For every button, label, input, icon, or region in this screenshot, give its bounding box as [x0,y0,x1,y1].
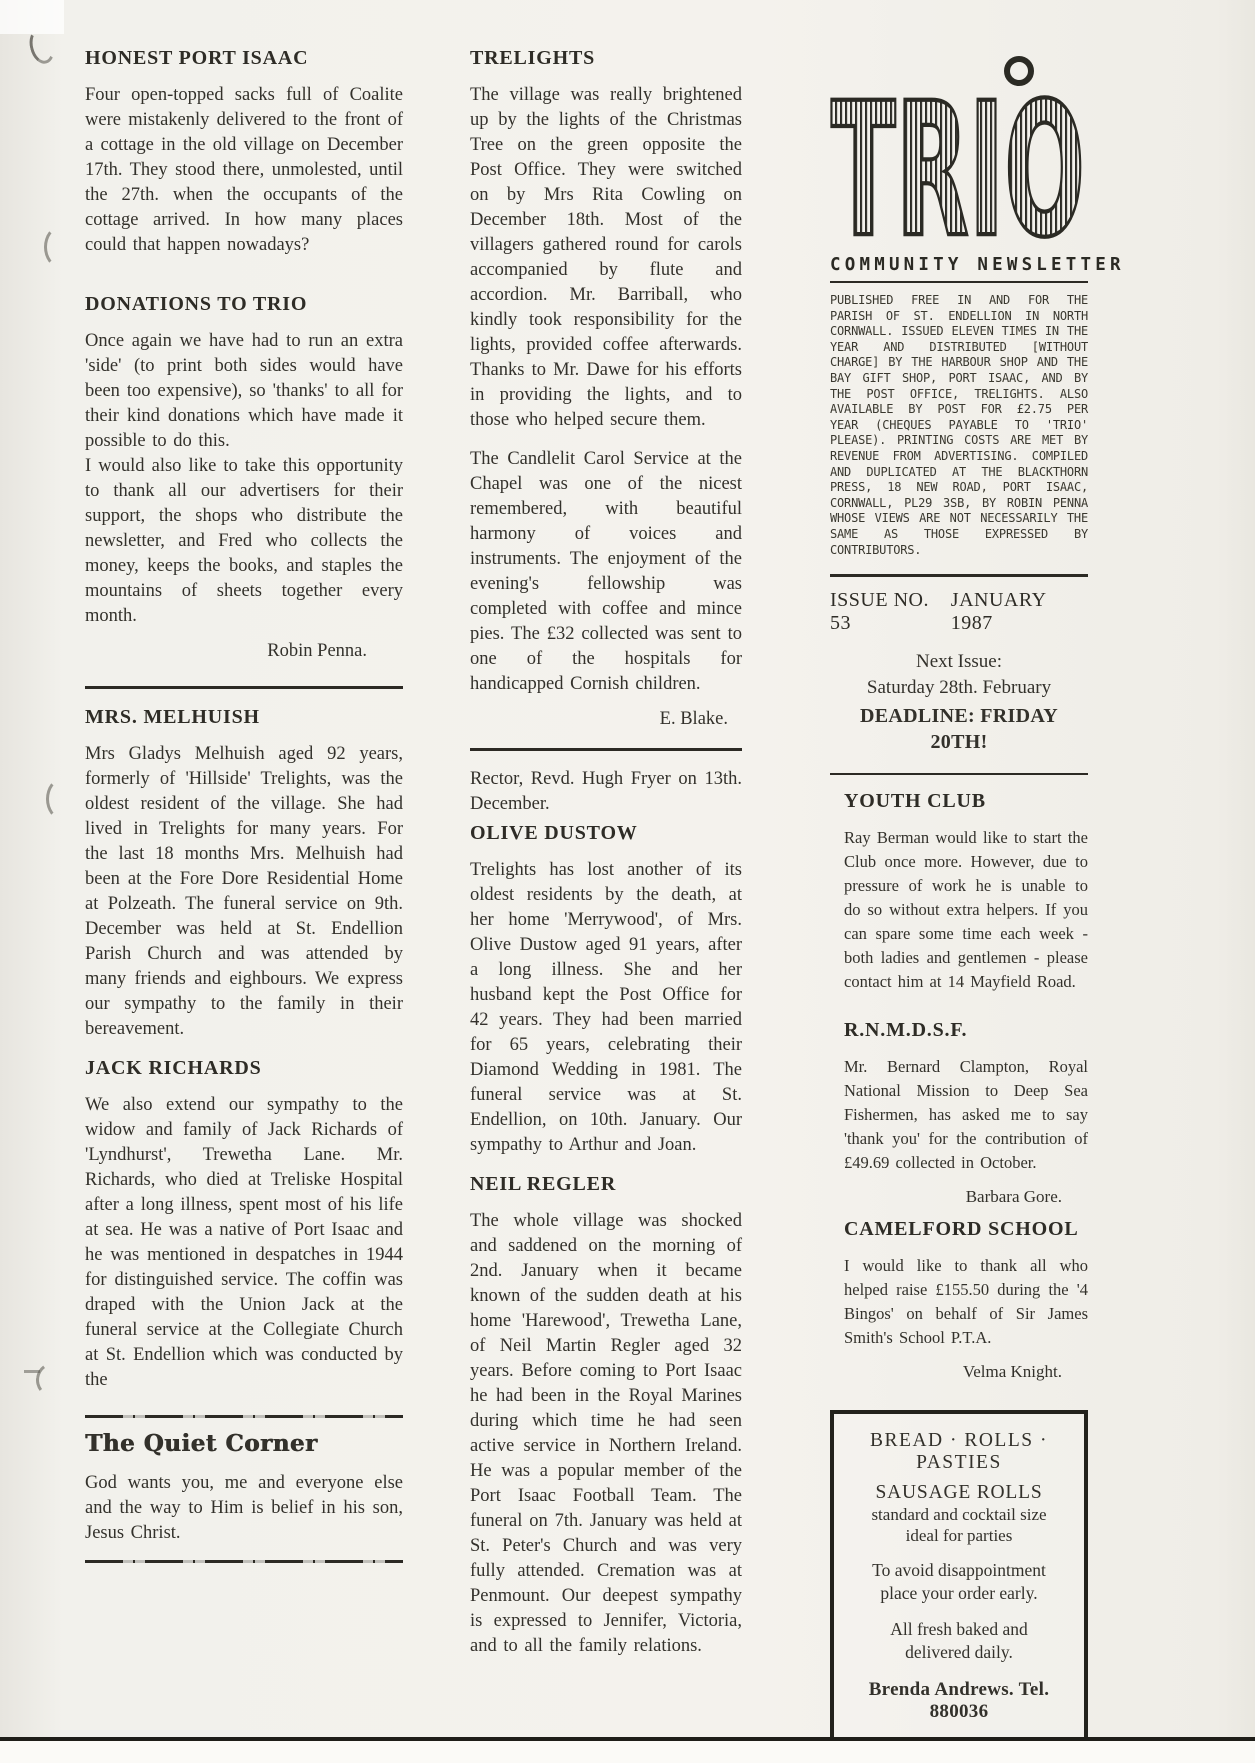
continuation-paragraph: Rector, Revd. Hugh Fryer on 13th. Decemb… [470,767,742,817]
issue-number: ISSUE NO. 53 [830,589,951,635]
section-divider [830,773,1088,775]
scan-paren-mark [34,1360,75,1401]
article-heading-blackletter: The Quiet Corner [85,1430,403,1457]
article-heading: CAMELFORD SCHOOL [844,1217,1088,1242]
svg-text:TRIO: TRIO [831,64,1085,244]
article-heading: NEIL REGLER [470,1172,742,1197]
issue-line: ISSUE NO. 53 JANUARY 1987 [830,589,1088,635]
article-neil-regler: NEIL REGLER The whole village was shocke… [470,1172,742,1659]
article-rnmdsf: R.N.M.D.S.F. Mr. Bernard Clampton, Royal… [830,1018,1088,1207]
advert-line: place your order early. [842,1582,1076,1605]
advert-line: delivered daily. [842,1641,1076,1664]
article-paragraph: Ray Berman would like to start the Club … [844,826,1088,994]
advert-line: ideal for parties [842,1525,1076,1546]
article-heading: TRELIGHTS [470,46,742,71]
article-heading: HONEST PORT ISAAC [85,46,403,71]
section-divider-dashed [85,1560,403,1563]
issue-date: JANUARY 1987 [951,589,1088,635]
article-paragraph: The Candlelit Carol Service at the Chape… [470,447,742,697]
next-issue-date: Saturday 28th. February [830,675,1088,701]
advert-line: standard and cocktail size [842,1504,1076,1525]
article-trelights: TRELIGHTS The village was really brighte… [470,46,742,730]
signature: Robin Penna. [85,641,403,662]
column-middle: TRELIGHTS The village was really brighte… [470,46,742,1671]
article-paragraph: Once again we have had to run an extra '… [85,329,403,454]
article-youth-club: YOUTH CLUB Ray Berman would like to star… [830,789,1088,994]
imprint-text: PUBLISHED FREE IN AND FOR THE PARISH OF … [830,293,1088,558]
scan-paren-mark [44,226,76,268]
article-paragraph: I would like to thank all who helped rai… [844,1254,1088,1350]
article-paragraph: God wants you, me and everyone else and … [85,1471,403,1546]
scanned-newsletter: { "page": { "paper_color": "#f3f1ec", "i… [0,0,1255,1763]
advert-line: SAUSAGE ROLLS [842,1482,1076,1504]
article-paragraph: Four open-topped sacks full of Coalite w… [85,83,403,258]
section-divider [470,748,742,751]
article-heading: YOUTH CLUB [844,789,1088,814]
article-paragraph: Mrs Gladys Melhuish aged 92 years, forme… [85,742,403,1042]
article-mrs-melhuish: MRS. MELHUISH Mrs Gladys Melhuish aged 9… [85,705,403,1042]
section-divider-dashed [85,1415,403,1418]
next-issue-label: Next Issue: [830,649,1088,675]
article-honest-port-isaac: HONEST PORT ISAAC Four open-topped sacks… [85,46,403,258]
advert-line: To avoid disappointment [842,1559,1076,1582]
column-right: TRIO COMMUNITY NEWSLETTER PUBLISHED FREE… [830,46,1088,1741]
bakery-advert-box: BREAD · ROLLS · PASTIES SAUSAGE ROLLS st… [830,1410,1088,1741]
article-paragraph: We also extend our sympathy to the widow… [85,1093,403,1393]
article-jack-richards: JACK RICHARDS We also extend our sympath… [85,1056,403,1393]
article-donations-to-trio: DONATIONS TO TRIO Once again we have had… [85,292,403,662]
article-heading: DONATIONS TO TRIO [85,292,403,317]
advert-line: All fresh baked and [842,1618,1076,1641]
newsletter-title: COMMUNITY NEWSLETTER [830,255,1088,275]
signature: Velma Knight. [844,1362,1088,1382]
article-paragraph: Mr. Bernard Clampton, Royal National Mis… [844,1055,1088,1175]
advert-contact: Brenda Andrews. Tel. 880036 [842,1679,1076,1723]
article-heading: OLIVE DUSTOW [470,821,742,846]
column-left: HONEST PORT ISAAC Four open-topped sacks… [85,46,403,1563]
article-paragraph: Trelights has lost another of its oldest… [470,858,742,1158]
article-paragraph: The village was really brightened up by … [470,83,742,433]
trio-logo: TRIO [830,46,1088,249]
masthead-divider [830,281,1088,283]
signature: Barbara Gore. [844,1187,1088,1207]
article-heading: JACK RICHARDS [85,1056,403,1081]
masthead-divider [830,574,1088,577]
article-paragraph: The whole village was shocked and sadden… [470,1209,742,1659]
scan-paren-mark [46,778,78,820]
scan-dash-mark [24,1370,40,1373]
article-heading: R.N.M.D.S.F. [844,1018,1088,1043]
deadline-text: DEADLINE: FRIDAY 20TH! [830,703,1088,755]
trio-logo-graphic: TRIO [830,46,1088,244]
signature: E. Blake. [470,709,742,730]
scan-edge [0,1741,1255,1763]
advert-line: BREAD · ROLLS · PASTIES [842,1430,1076,1474]
next-issue-block: Next Issue: Saturday 28th. February DEAD… [830,649,1088,755]
article-camelford-school: CAMELFORD SCHOOL I would like to thank a… [830,1217,1088,1382]
article-olive-dustow: OLIVE DUSTOW Trelights has lost another … [470,821,742,1158]
section-divider [85,686,403,689]
article-paragraph: I would also like to take this opportuni… [85,454,403,629]
article-heading: MRS. MELHUISH [85,705,403,730]
article-quiet-corner: The Quiet Corner God wants you, me and e… [85,1430,403,1546]
scan-corner-patch [0,0,64,34]
